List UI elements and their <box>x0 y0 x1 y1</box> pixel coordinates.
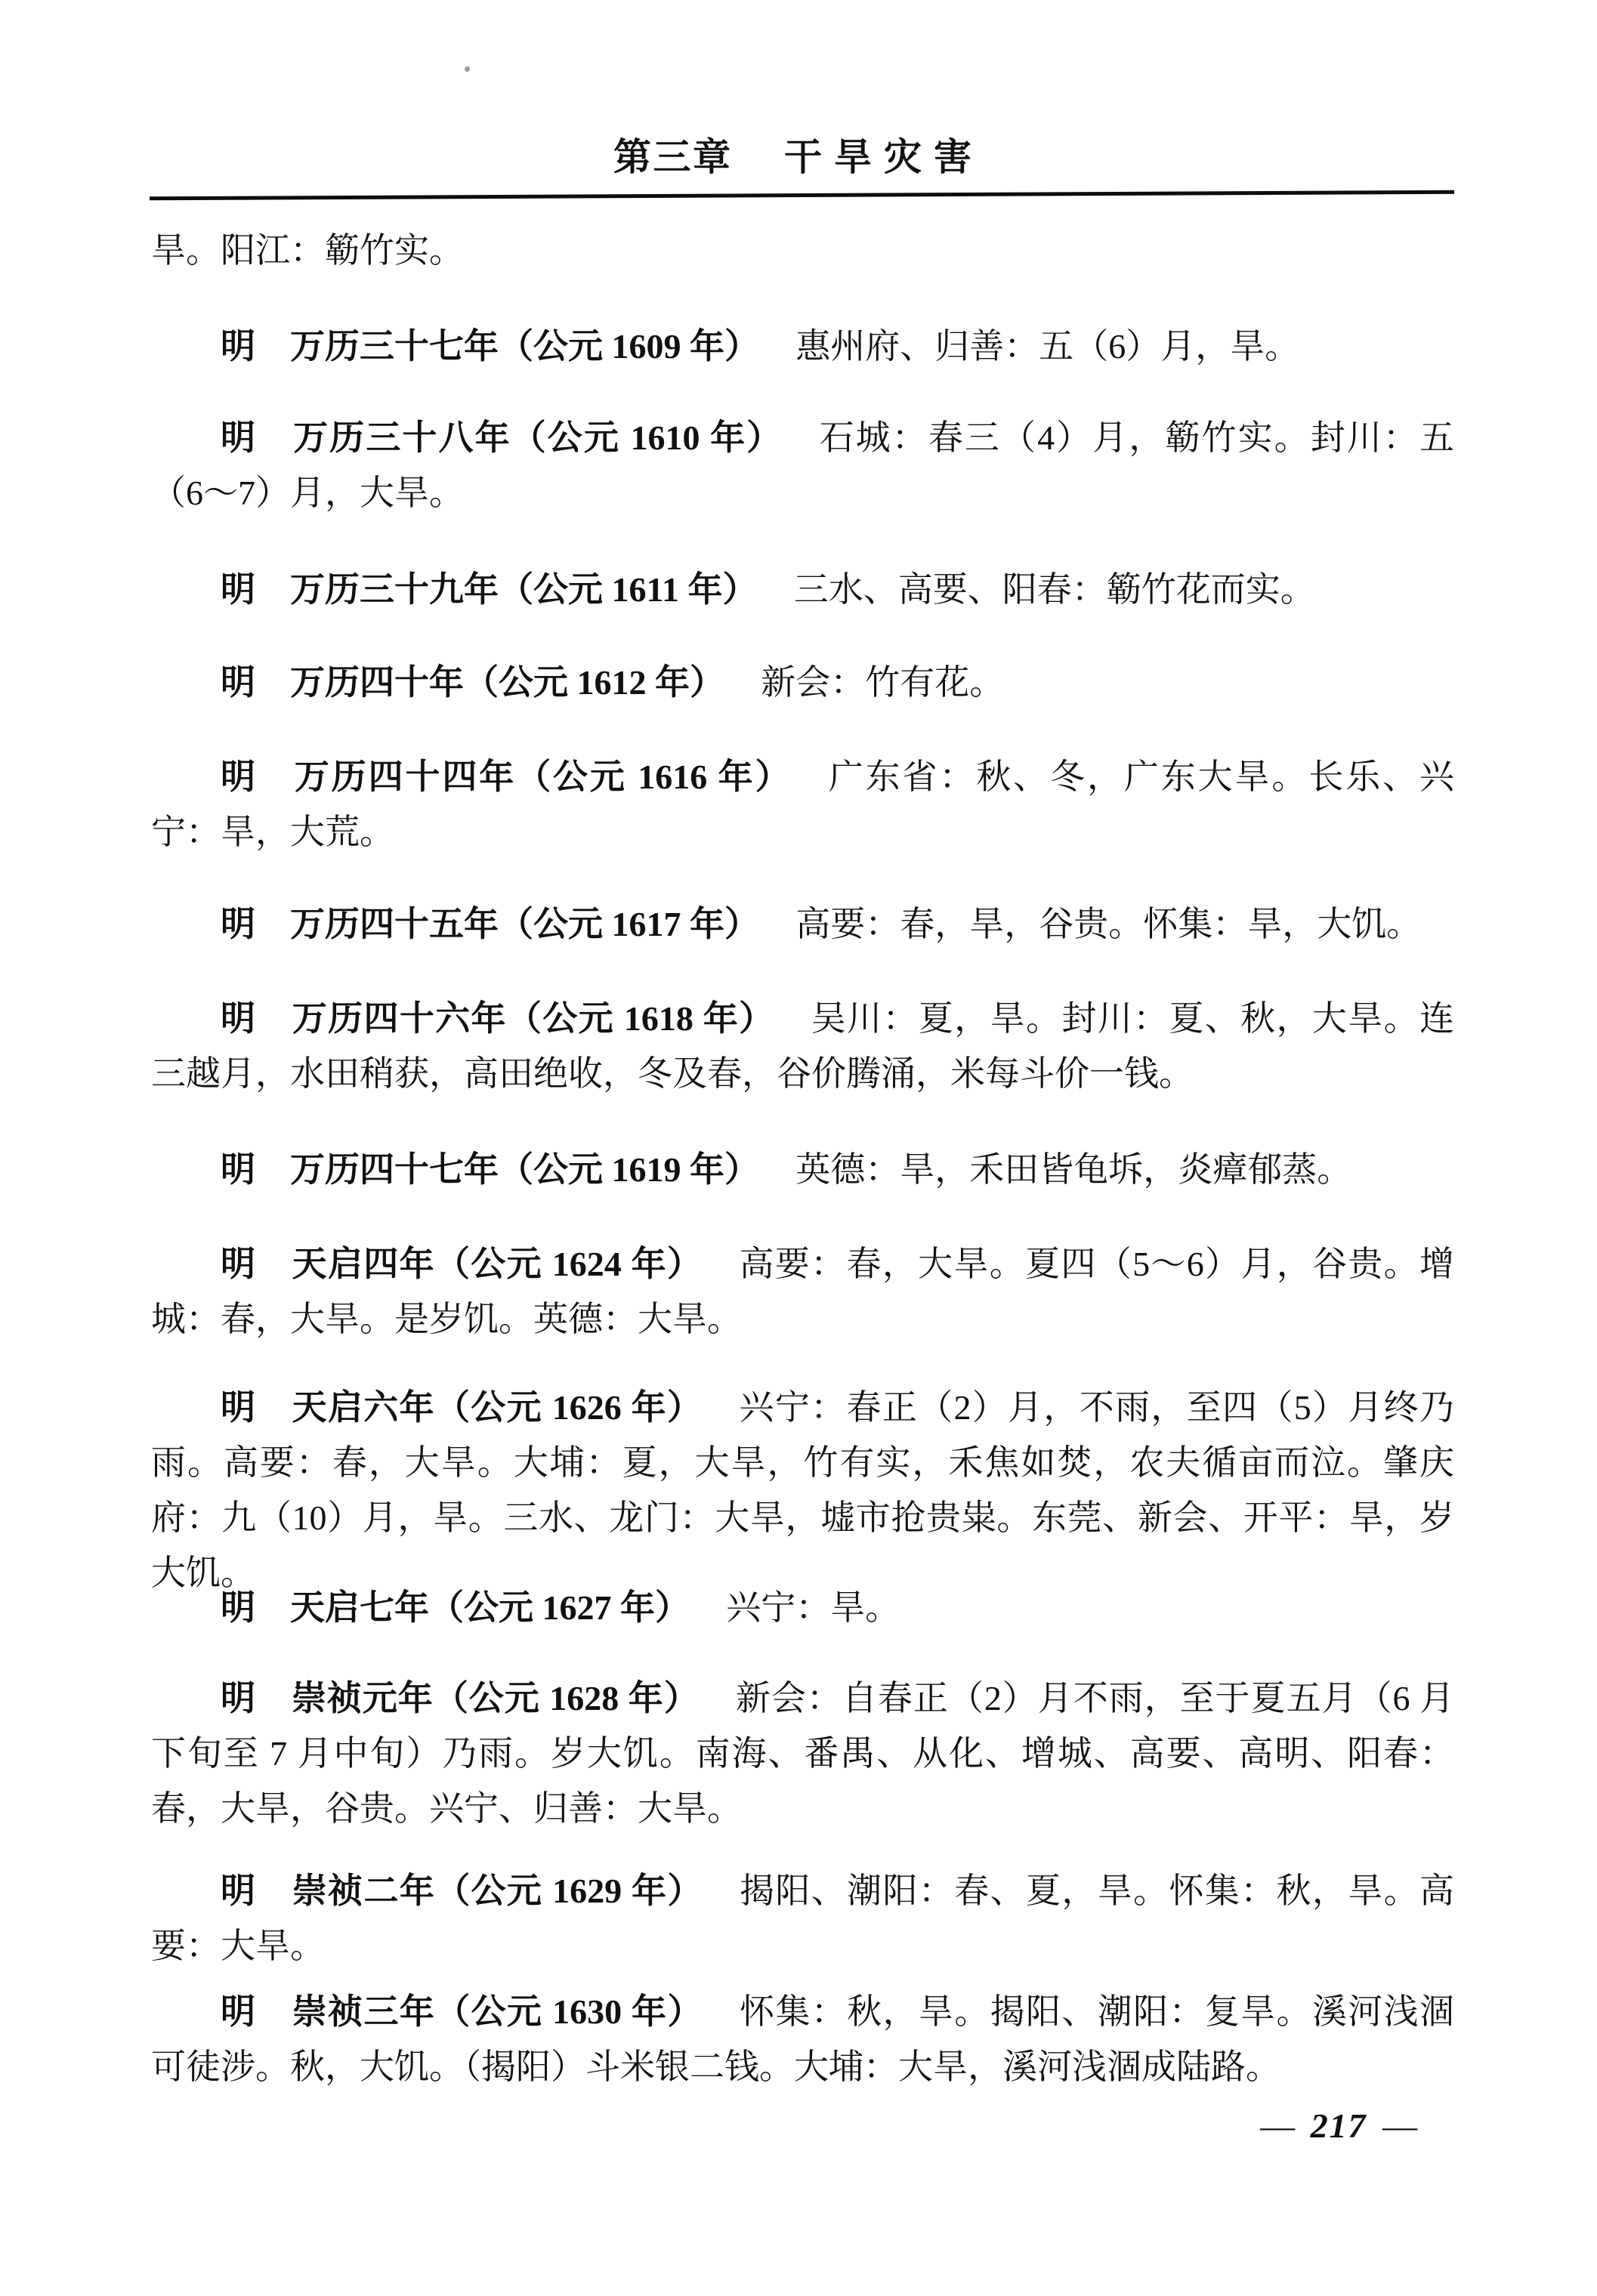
page-number: —217— <box>1260 2106 1417 2146</box>
drought-record-entry: 明 万历三十九年（公元 1611 年）三水、高要、阳春：簕竹花而实。 <box>151 562 1454 617</box>
chapter-title: 干旱灾害 <box>784 136 984 178</box>
drought-record-entry: 明 崇祯三年（公元 1630 年）怀集：秋，旱。揭阳、潮阳：复旱。溪河浅涸可徒涉… <box>151 1984 1454 2094</box>
drought-record-entry: 明 万历四十六年（公元 1618 年）吴川：夏，旱。封川：夏、秋，大旱。连三越月… <box>151 991 1454 1101</box>
entry-heading: 明 崇祯二年（公元 1629 年） <box>221 1872 703 1910</box>
scan-speck <box>465 66 470 72</box>
drought-record-entry: 明 崇祯二年（公元 1629 年）揭阳、潮阳：春、夏，旱。怀集：秋，旱。高要：大… <box>151 1863 1454 1974</box>
entry-heading: 明 万历四十四年（公元 1616 年） <box>221 758 792 796</box>
book-page: 第三章 干旱灾害 旱。阳江：簕竹实。 明 万历三十七年（公元 1609 年）惠州… <box>0 0 1597 2296</box>
entry-content: 高要：春，旱，谷贵。怀集：旱，大饥。 <box>795 905 1421 943</box>
page-number-dash-right: — <box>1382 2106 1417 2145</box>
page-number-dash-left: — <box>1260 2106 1295 2145</box>
entry-content: 惠州府、归善：五（6）月，旱。 <box>795 327 1299 366</box>
entry-heading: 明 天启七年（公元 1627 年） <box>221 1588 690 1627</box>
entry-heading: 明 万历四十七年（公元 1619 年） <box>221 1150 759 1189</box>
page-number-value: 217 <box>1311 2106 1367 2145</box>
entry-heading: 明 崇祯三年（公元 1630 年） <box>221 1992 703 2031</box>
entry-heading: 明 万历四十年（公元 1612 年） <box>221 663 724 702</box>
entry-heading: 明 天启六年（公元 1626 年） <box>221 1388 703 1427</box>
drought-record-entry: 明 万历四十七年（公元 1619 年）英德：旱，禾田皆龟坼，炎瘴郁蒸。 <box>151 1142 1454 1197</box>
entry-content: 新会：竹有花。 <box>761 663 1004 702</box>
entry-content: 英德：旱，禾田皆龟坼，炎瘴郁蒸。 <box>795 1150 1351 1189</box>
drought-record-entry: 明 万历三十七年（公元 1609 年）惠州府、归善：五（6）月，旱。 <box>151 319 1454 374</box>
entry-heading: 明 万历三十八年（公元 1610 年） <box>221 418 783 457</box>
chapter-number: 第三章 <box>613 136 733 178</box>
header-rule <box>150 190 1454 200</box>
entry-heading: 明 崇祯元年（公元 1628 年） <box>221 1679 700 1717</box>
drought-record-entry: 明 万历四十五年（公元 1617 年）高要：春，旱，谷贵。怀集：旱，大饥。 <box>151 896 1454 952</box>
entry-content: 三水、高要、阳春：簕竹花而实。 <box>794 570 1315 609</box>
entry-content: 兴宁：旱。 <box>726 1588 900 1627</box>
chapter-header: 第三章 干旱灾害 <box>0 127 1597 181</box>
continuation-paragraph: 旱。阳江：簕竹实。 <box>151 223 1454 278</box>
drought-record-entry: 明 崇祯元年（公元 1628 年）新会：自春正（2）月不雨，至于夏五月（6 月下… <box>151 1671 1454 1836</box>
drought-record-entry: 明 天启四年（公元 1624 年）高要：春，大旱。夏四（5～6）月，谷贵。增城：… <box>151 1236 1454 1347</box>
entry-heading: 明 万历四十六年（公元 1618 年） <box>221 999 775 1038</box>
drought-record-entry: 明 万历四十年（公元 1612 年）新会：竹有花。 <box>151 655 1454 710</box>
entry-heading: 明 天启四年（公元 1624 年） <box>221 1245 703 1283</box>
entry-heading: 明 万历三十七年（公元 1609 年） <box>221 327 759 366</box>
drought-record-entry: 明 天启七年（公元 1627 年）兴宁：旱。 <box>151 1580 1454 1635</box>
drought-record-entry: 明 万历三十八年（公元 1610 年）石城：春三（4）月，簕竹实。封川：五（6～… <box>151 410 1454 520</box>
drought-record-entry: 明 天启六年（公元 1626 年）兴宁：春正（2）月，不雨，至四（5）月终乃雨。… <box>151 1380 1454 1600</box>
drought-record-entry: 明 万历四十四年（公元 1616 年）广东省：秋、冬，广东大旱。长乐、兴宁：旱，… <box>151 749 1454 859</box>
entry-heading: 明 万历三十九年（公元 1611 年） <box>221 570 757 609</box>
entry-heading: 明 万历四十五年（公元 1617 年） <box>221 905 759 943</box>
